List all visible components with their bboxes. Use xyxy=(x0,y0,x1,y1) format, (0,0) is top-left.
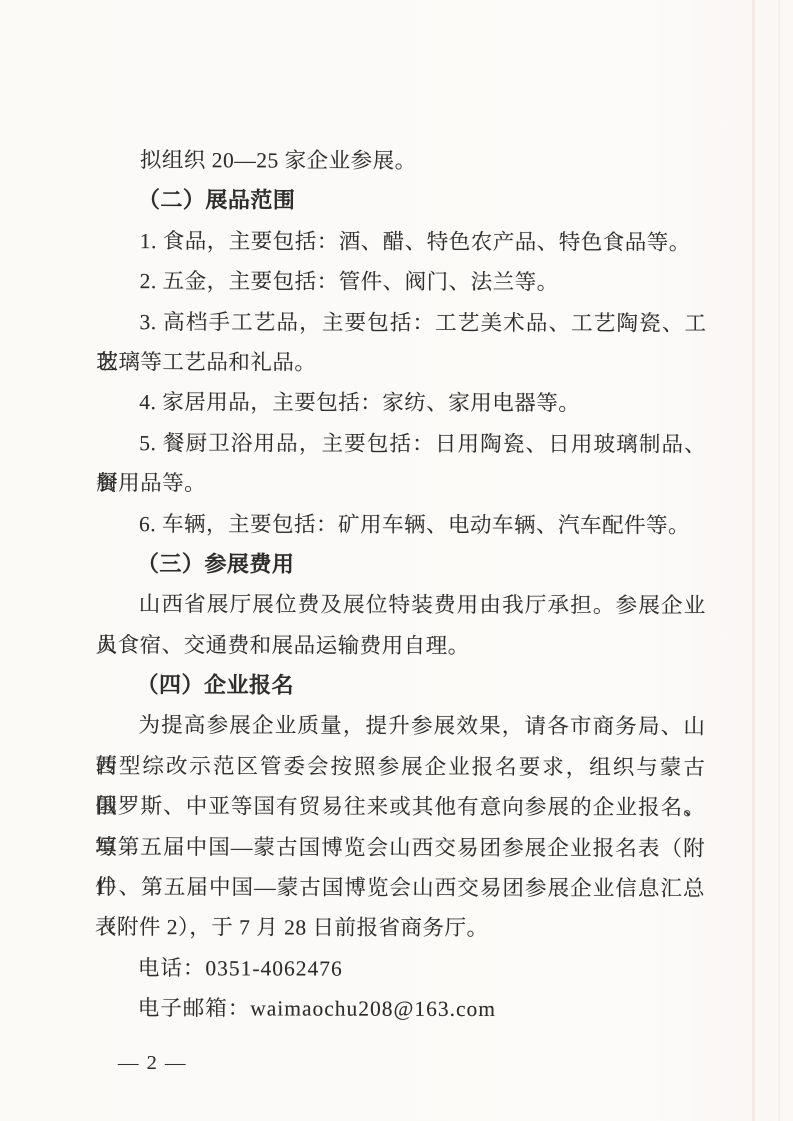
text-line: 6. 车辆，主要包括：矿用车辆、电动车辆、汽车配件等。 xyxy=(96,504,706,546)
text-line: 为提高参展企业质量，提升参展效果，请各市商务局、山西 xyxy=(95,705,705,747)
text-line: 写第五届中国—蒙古国博览会山西交易团参展企业报名表（附件 xyxy=(95,827,705,869)
text-line: 4. 家居用品，主要包括：家纺、家用电器等。 xyxy=(96,382,706,424)
text-line: 3. 高档手工艺品，主要包括：工艺美术品、工艺陶瓷、工艺 xyxy=(96,302,706,344)
text-line: 1）、第五届中国—蒙古国博览会山西交易团参展企业信息汇总表 xyxy=(95,867,705,909)
document-body: 拟组织 20—25 家企业参展。（二）展品范围1. 食品，主要包括：酒、醋、特色… xyxy=(95,140,707,1030)
scanned-document-page: 拟组织 20—25 家企业参展。（二）展品范围1. 食品，主要包括：酒、醋、特色… xyxy=(0,0,793,1121)
text-line: （三）参展费用 xyxy=(96,544,706,586)
scan-artifact-streak xyxy=(778,0,780,1121)
text-line: 玻璃等工艺品和礼品。 xyxy=(96,342,706,384)
text-line: 拟组织 20—25 家企业参展。 xyxy=(97,140,707,182)
text-line: 5. 餐厨卫浴用品，主要包括：日用陶瓷、日用玻璃制品、餐 xyxy=(96,423,706,465)
text-line: 1. 食品，主要包括：酒、醋、特色农产品、特色食品等。 xyxy=(97,221,707,263)
text-line: 转型综改示范区管委会按照参展企业报名要求，组织与蒙古国、 xyxy=(95,746,705,788)
page-number: — 2 — xyxy=(118,1050,187,1076)
text-line: 俄罗斯、中亚等国有贸易往来或其他有意向参展的企业报名。填 xyxy=(95,786,705,828)
text-line: 厨用品等。 xyxy=(96,463,706,505)
text-line: 电话：0351-4062476 xyxy=(95,948,705,990)
text-line: （附件 2），于 7 月 28 日前报省商务厅。 xyxy=(95,907,705,949)
text-line: （二）展品范围 xyxy=(97,180,707,222)
text-line: 2. 五金，主要包括：管件、阀门、法兰等。 xyxy=(97,261,707,303)
text-line: 员食宿、交通费和展品运输费用自理。 xyxy=(96,625,706,667)
text-line: （四）企业报名 xyxy=(96,665,706,707)
text-line: 山西省展厅展位费及展位特装费用由我厅承担。参展企业人 xyxy=(96,584,706,626)
text-line: 电子邮箱：waimaochu208@163.com xyxy=(95,988,705,1030)
scan-artifact-streak xyxy=(752,0,755,1121)
